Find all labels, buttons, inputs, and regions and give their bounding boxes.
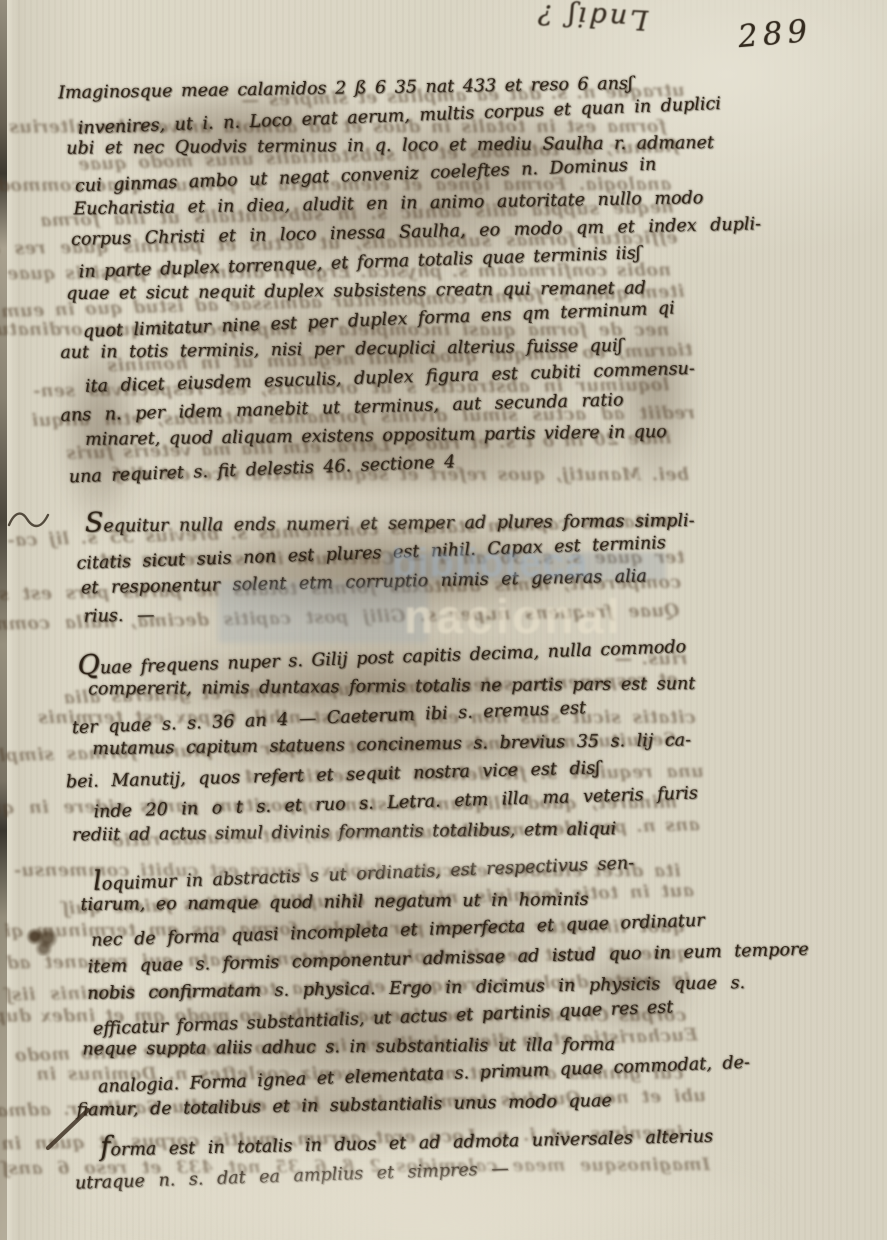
margin-ink-blot xyxy=(24,926,60,956)
top-inverted-inscription: Lndiʃ ? xyxy=(497,0,648,35)
folio-number: 289 xyxy=(737,13,814,55)
manuscript-line: rediit ad actus simul divinis formantis … xyxy=(72,814,708,850)
watermark-logo-block xyxy=(218,581,428,643)
watermark-band xyxy=(384,552,666,580)
margin-slash-stroke xyxy=(44,1106,94,1152)
margin-squiggle-mark xyxy=(6,503,52,539)
manuscript-scan-page: utraque n. s. dat ea amplius et simpres … xyxy=(0,0,887,1240)
